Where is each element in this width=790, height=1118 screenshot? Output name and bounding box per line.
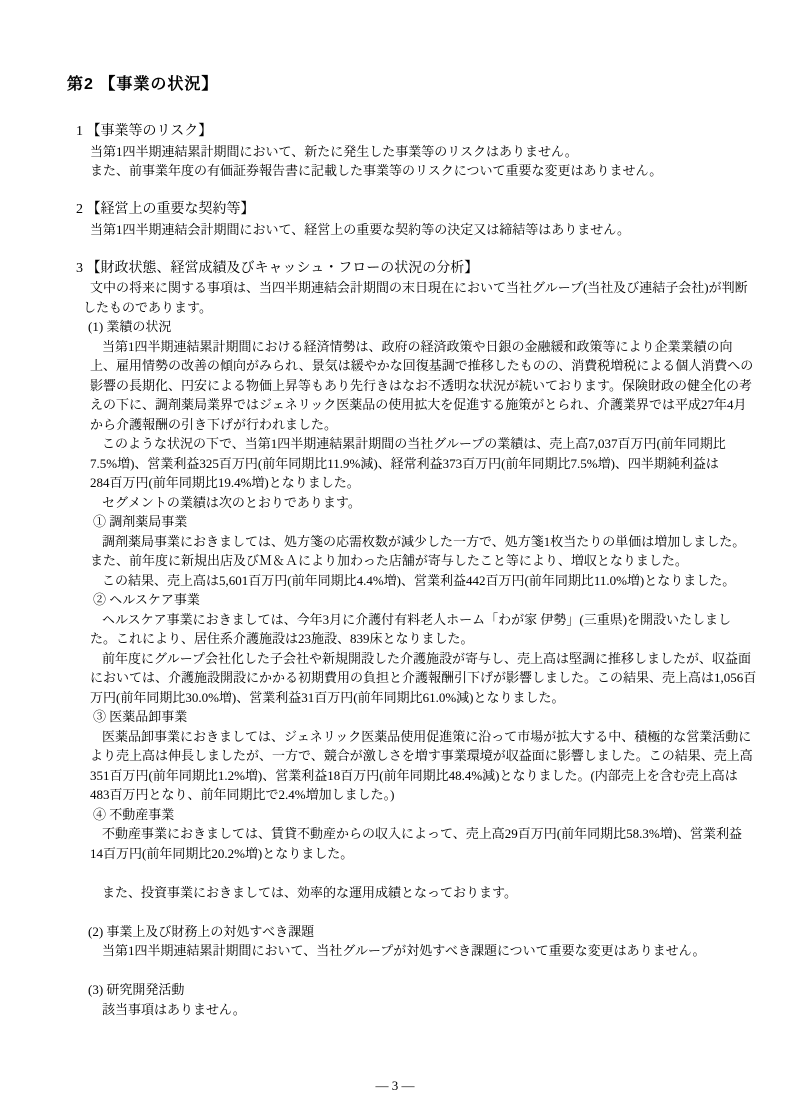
- doc-line: セグメントの業績は次のとおりであります。: [102, 493, 790, 513]
- doc-line: (1) 業績の状況: [88, 317, 790, 337]
- doc-line: 前年度にグループ会社化した子会社や新規開設した介護施設が寄与し、売上高は堅調に推…: [102, 649, 790, 669]
- doc-line: (3) 研究開発活動: [88, 980, 790, 1000]
- doc-line: 351百万円(前年同期比1.2%増)、営業利益18百万円(前年同期比48.4%減…: [90, 766, 790, 786]
- doc-line: 当第1四半期連結累計期間において、当社グループが対処すべき課題について重要な変更…: [102, 941, 790, 961]
- main-heading: 第2 【事業の状況】: [67, 76, 790, 94]
- doc-line: (2) 事業上及び財務上の対処すべき課題: [88, 922, 790, 942]
- doc-line: したものであります。: [83, 298, 790, 318]
- doc-line: においては、介護施設開設にかかる初期費用の負担と介護報酬引下げが影響しました。こ…: [90, 668, 790, 688]
- doc-line: から介護報酬の引き下げが行われました。: [90, 415, 790, 435]
- doc-line: また、投資事業におきましては、効率的な運用成績となっております。: [102, 883, 790, 903]
- doc-line: 2 【経営上の重要な契約等】: [76, 200, 790, 220]
- doc-line: 当第1四半期連結累計期間における経済情勢は、政府の経済政策や日銀の金融緩和政策等…: [102, 337, 790, 357]
- doc-line: ④ 不動産事業: [93, 805, 790, 825]
- blank-line: [0, 902, 790, 922]
- doc-line: 不動産事業におきましては、賃貸不動産からの収入によって、売上高29百万円(前年同…: [102, 824, 790, 844]
- doc-line: 14百万円(前年同期比20.2%増)となりました。: [90, 844, 790, 864]
- doc-line: このような状況の下で、当第1四半期連結累計期間の当社グループの業績は、売上高7,…: [102, 434, 790, 454]
- blank-line: [0, 181, 790, 201]
- doc-line: ② ヘルスケア事業: [93, 590, 790, 610]
- doc-line: 文中の将来に関する事項は、当四半期連結会計期間の末日現在において当社グループ(当…: [90, 278, 790, 298]
- page-number: ― 3 ―: [376, 1078, 415, 1093]
- document-body: 1 【事業等のリスク】当第1四半期連結累計期間において、新たに発生した事業等のリ…: [0, 122, 790, 1019]
- doc-line: 該当事項はありません。: [102, 1000, 790, 1020]
- doc-line: 7.5%増)、営業利益325百万円(前年同期比11.9%減)、経常利益373百万…: [90, 454, 790, 474]
- page-footer: ― 3 ―: [0, 1078, 790, 1094]
- doc-line: 3 【財政状態、経営成績及びキャッシュ・フローの状況の分析】: [76, 259, 790, 279]
- doc-line: 万円(前年同期比30.0%増)、営業利益31百万円(前年同期比61.0%減)とな…: [90, 688, 790, 708]
- doc-line: 483百万円となり、前年同期比で2.4%増加しました。): [90, 785, 790, 805]
- blank-line: [0, 239, 790, 259]
- doc-line: 調剤薬局事業におきましては、処方箋の応需枚数が減少した一方で、処方箋1枚当たりの…: [102, 532, 790, 552]
- doc-line: 影響の長期化、円安による物価上昇等もあり先行きはなお不透明な状況が続いております…: [90, 376, 790, 396]
- doc-line: ③ 医薬品卸事業: [93, 707, 790, 727]
- blank-line: [0, 863, 790, 883]
- doc-line: 医薬品卸事業におきましては、ジェネリック医薬品使用促進策に沿って市場が拡大する中…: [102, 727, 790, 747]
- doc-line: この結果、売上高は5,601百万円(前年同期比4.4%増)、営業利益442百万円…: [102, 571, 790, 591]
- document-page: 第2 【事業の状況】 1 【事業等のリスク】当第1四半期連結累計期間において、新…: [0, 0, 790, 1118]
- doc-line: 当第1四半期連結累計期間において、新たに発生した事業等のリスクはありません。: [90, 142, 790, 162]
- doc-line: た。これにより、居住系介護施設は23施設、839床となりました。: [90, 629, 790, 649]
- doc-line: 当第1四半期連結会計期間において、経営上の重要な契約等の決定又は締結等はありませ…: [90, 220, 790, 240]
- doc-line: ① 調剤薬局事業: [93, 512, 790, 532]
- doc-line: また、前事業年度の有価証券報告書に記載した事業等のリスクについて重要な変更はあり…: [90, 161, 790, 181]
- doc-line: より売上高は伸長しましたが、一方で、競合が激しさを増す事業環境が収益面に影響しま…: [90, 746, 790, 766]
- doc-line: えの下に、調剤薬局業界ではジェネリック医薬品の使用拡大を促進する施策がとられ、介…: [90, 395, 790, 415]
- doc-line: また、前年度に新規出店及びＭ＆Ａにより加わった店舗が寄与したこと等により、増収と…: [90, 551, 790, 571]
- doc-line: 上、雇用情勢の改善の傾向がみられ、景気は緩やかな回復基調で推移したものの、消費税…: [90, 356, 790, 376]
- doc-line: ヘルスケア事業におきましては、今年3月に介護付有料老人ホーム「わが家 伊勢」(三…: [102, 610, 790, 630]
- doc-line: 284百万円(前年同期比19.4%増)となりました。: [90, 473, 790, 493]
- blank-line: [0, 961, 790, 981]
- doc-line: 1 【事業等のリスク】: [76, 122, 790, 142]
